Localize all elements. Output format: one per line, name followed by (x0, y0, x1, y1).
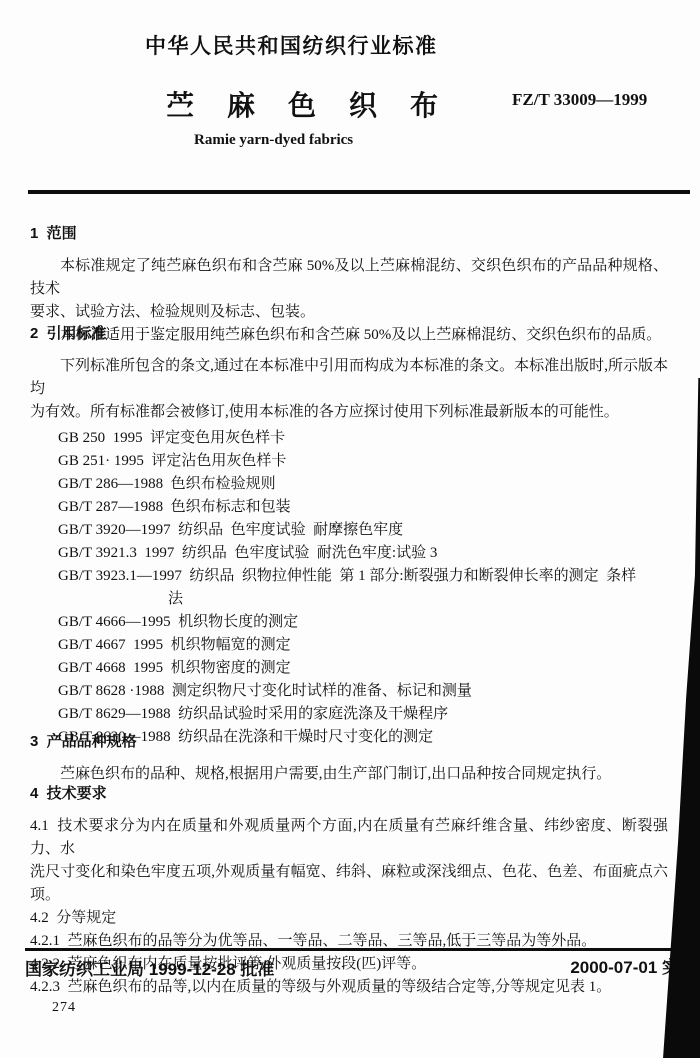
requirement-item: 4.2 分等规定 (30, 907, 668, 930)
reference-item: GB 250 1995 评定变色用灰色样卡 (58, 427, 668, 450)
reference-item: GB/T 3920—1997 纺织品 色牢度试验 耐摩擦色牢度 (58, 519, 668, 542)
standard-code: FZ/T 33009—1999 (512, 90, 647, 110)
standard-org-title: 中华人民共和国纺织行业标准 (145, 30, 438, 60)
page-number: 274 (52, 1000, 76, 1016)
header-rule (28, 190, 690, 194)
approval-text: 国家纺织工业局 1999-12-28 批准 (25, 955, 274, 980)
reference-item: GB/T 4667 1995 机织物幅宽的测定 (58, 634, 668, 657)
reference-item: GB/T 4666—1995 机织物长度的测定 (58, 611, 668, 634)
references-intro: 下列标准所包含的条文,通过在本标准中引用而构成为本标准的条文。本标准出版时,所示… (30, 355, 668, 424)
requirement-item: 4.1 技术要求分为内在质量和外观质量两个方面,内在质量有苎麻纤维含量、纬纱密度… (30, 815, 668, 907)
section-references: 2 引用标准 下列标准所包含的条文,通过在本标准中引用而构成为本标准的条文。本标… (30, 322, 668, 749)
scope-heading: 1 范围 (30, 222, 668, 245)
reference-item: GB/T 8629—1988 纺织品试验时采用的家庭洗涤及干燥程序 (58, 703, 668, 726)
footer-rule (25, 948, 692, 951)
references-list: GB 250 1995 评定变色用灰色样卡 GB 251· 1995 评定沾色用… (30, 427, 668, 749)
reference-item: GB/T 287—1988 色织布标志和包装 (58, 496, 668, 519)
standard-title: 苎麻色织布 (166, 84, 471, 124)
section-products: 3 产品品种规格 苎麻色织布的品种、规格,根据用户需要,由生产部门制订,出口品种… (30, 730, 668, 786)
reference-item: GB/T 8628 ·1988 测定织物尺寸变化时试样的准备、标记和测量 (58, 680, 668, 703)
reference-item: GB/T 3921.3 1997 纺织品 色牢度试验 耐洗色牢度:试验 3 (58, 542, 668, 565)
standard-subtitle-en: Ramie yarn-dyed fabrics (194, 132, 353, 149)
reference-item: GB/T 286—1988 色织布检验规则 (58, 473, 668, 496)
products-heading: 3 产品品种规格 (30, 730, 668, 753)
references-heading: 2 引用标准 (30, 322, 668, 345)
reference-item: GB/T 4668 1995 机织物密度的测定 (58, 657, 668, 680)
reference-item: GB/T 3923.1—1997 纺织品 织物拉伸性能 第 1 部分:断裂强力和… (58, 565, 668, 588)
requirements-heading: 4 技术要求 (30, 782, 668, 805)
reference-item-continuation: 法 (58, 588, 668, 611)
scope-paragraph-1: 本标准规定了纯苎麻色织布和含苎麻 50%及以上苎麻棉混纺、交织色织布的产品品种规… (30, 255, 668, 324)
reference-item: GB 251· 1995 评定沾色用灰色样卡 (58, 450, 668, 473)
document-page: 中华人民共和国纺织行业标准 苎麻色织布 FZ/T 33009—1999 Rami… (0, 0, 700, 1058)
